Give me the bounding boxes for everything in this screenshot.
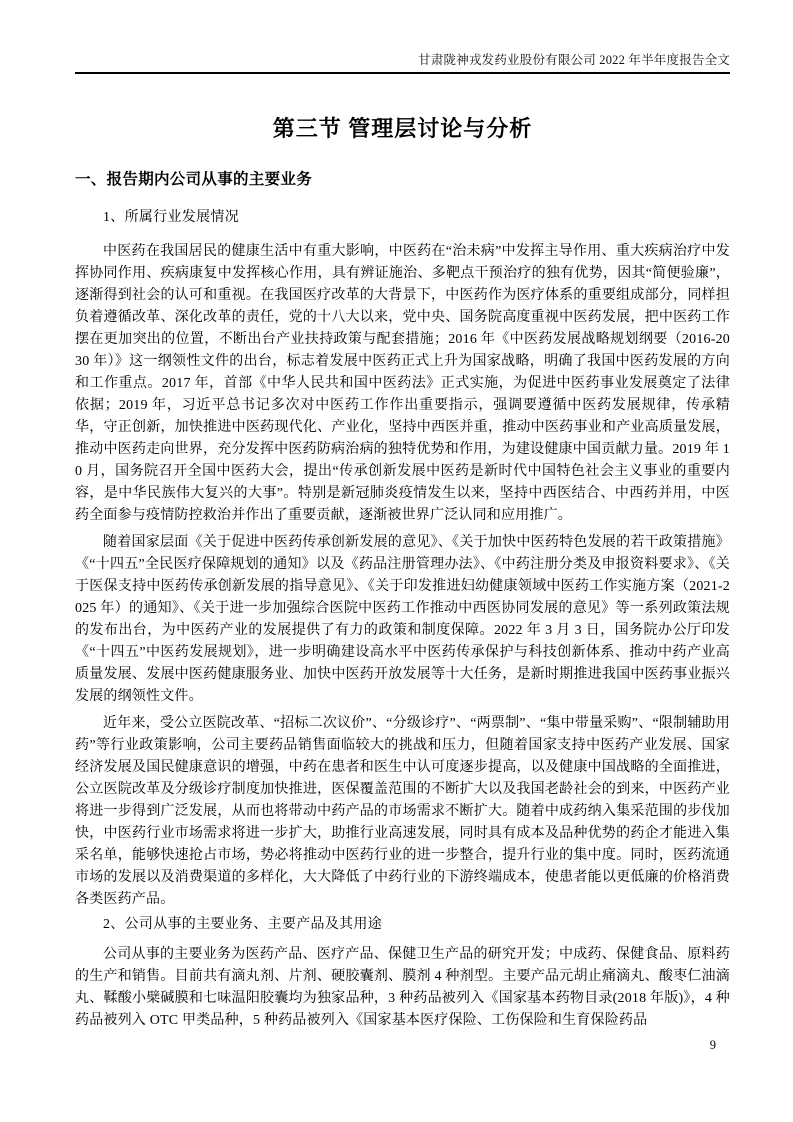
subheading-main-products: 2、公司从事的主要业务、主要产品及其用途 <box>75 916 730 934</box>
subheading-industry-development: 1、所属行业发展情况 <box>75 209 730 227</box>
page-number: 9 <box>710 1038 716 1052</box>
paragraph-policy-documents: 随着国家层面《关于促进中医药传承创新发展的意见》、《关于加快中医药特色发展的若干… <box>75 532 730 708</box>
report-page: 甘肃陇神戎发药业股份有限公司 2022 年半年度报告全文 第三节 管理层讨论与分… <box>0 0 793 1122</box>
page-footer: 9 <box>75 1037 730 1053</box>
heading-main-business: 一、报告期内公司从事的主要业务 <box>75 170 730 190</box>
page-content: 第三节 管理层讨论与分析 一、报告期内公司从事的主要业务 1、所属行业发展情况 … <box>75 100 730 1032</box>
page-header: 甘肃陇神戎发药业股份有限公司 2022 年半年度报告全文 <box>75 52 730 69</box>
paragraph-industry-trends: 近年来，受公立医院改革、“招标二次议价”、“分级诊疗”、“两票制”、“集中带量采… <box>75 713 730 911</box>
chapter-title: 第三节 管理层讨论与分析 <box>75 114 730 144</box>
header-rule <box>75 72 730 74</box>
paragraph-industry-overview: 中医药在我国居民的健康生活中有重大影响，中医药在“治未病”中发挥主导作用、重大疾… <box>75 241 730 527</box>
paragraph-company-products: 公司从事的主要业务为医药产品、医疗产品、保健卫生产品的研究开发；中成药、保健食品… <box>75 944 730 1032</box>
header-text: 甘肃陇神戎发药业股份有限公司 2022 年半年度报告全文 <box>418 53 730 67</box>
